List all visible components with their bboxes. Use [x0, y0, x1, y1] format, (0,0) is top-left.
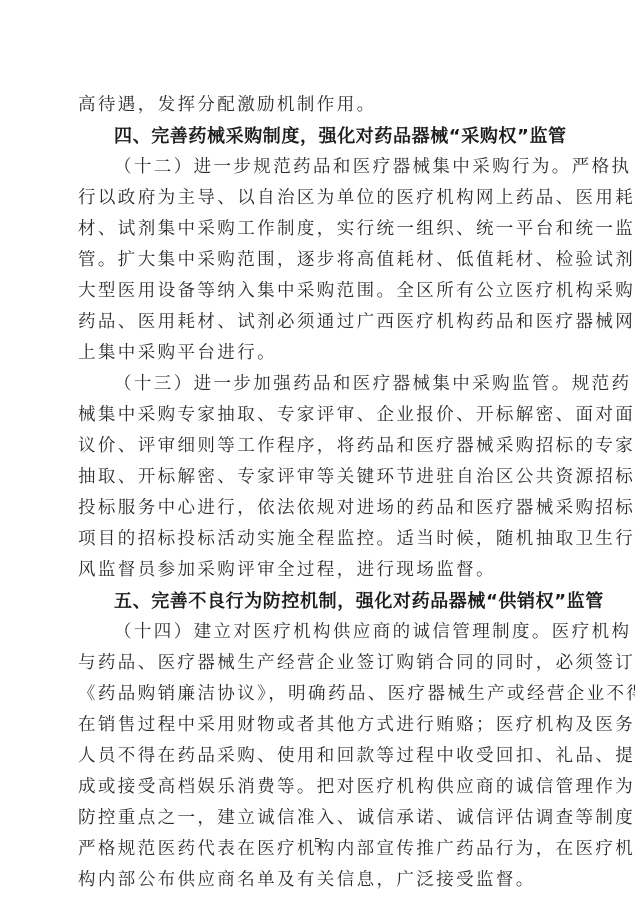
text-line: 在销售过程中采用财物或者其他方式进行贿赂；医疗机构及医务 [78, 710, 562, 741]
paragraph-14-start: （十四）建立对医疗机构供应商的诚信管理制度。医疗机构 [78, 617, 562, 648]
text-line: 高待遇，发挥分配激励机制作用。 [78, 90, 562, 121]
text-line: 构内部公布供应商名单及有关信息，广泛接受监督。 [78, 865, 562, 896]
paragraph-12-start: （十二）进一步规范药品和医疗器械集中采购行为。严格执 [78, 152, 562, 183]
text-line: 与药品、医疗器械生产经营企业签订购销合同的同时，必须签订 [78, 648, 562, 679]
section-heading-5: 五、完善不良行为防控机制，强化对药品器械“供销权”监管 [78, 586, 562, 617]
page-number: 5 [0, 836, 635, 850]
text-line: 防控重点之一，建立诚信准入、诚信承诺、诚信评估调查等制度， [78, 803, 562, 834]
text-line: 材、试剂集中采购工作制度，实行统一组织、统一平台和统一监 [78, 214, 562, 245]
text-line: 上集中采购平台进行。 [78, 338, 562, 369]
text-line: 成或接受高档娱乐消费等。把对医疗机构供应商的诚信管理作为 [78, 772, 562, 803]
text-line: 大型医用设备等纳入集中采购范围。全区所有公立医疗机构采购 [78, 276, 562, 307]
text-line: 抽取、开标解密、专家评审等关键环节进驻自治区公共资源招标 [78, 462, 562, 493]
text-line: 管。扩大集中采购范围，逐步将高值耗材、低值耗材、检验试剂、 [78, 245, 562, 276]
text-line: 械集中采购专家抽取、专家评审、企业报价、开标解密、面对面 [78, 400, 562, 431]
text-line: 项目的招标投标活动实施全程监控。适当时候，随机抽取卫生行 [78, 524, 562, 555]
text-line: 风监督员参加采购评审全过程，进行现场监督。 [78, 555, 562, 586]
text-line: 投标服务中心进行，依法依规对进场的药品和医疗器械采购招标 [78, 493, 562, 524]
section-heading-4: 四、完善药械采购制度，强化对药品器械“采购权”监管 [78, 121, 562, 152]
text-line: 行以政府为主导、以自治区为单位的医疗机构网上药品、医用耗 [78, 183, 562, 214]
document-page: 高待遇，发挥分配激励机制作用。 四、完善药械采购制度，强化对药品器械“采购权”监… [78, 90, 562, 896]
paragraph-13-start: （十三）进一步加强药品和医疗器械集中采购监管。规范药 [78, 369, 562, 400]
text-line: 议价、评审细则等工作程序，将药品和医疗器械采购招标的专家 [78, 431, 562, 462]
text-line: 《药品购销廉洁协议》，明确药品、医疗器械生产或经营企业不得 [78, 679, 562, 710]
text-line: 药品、医用耗材、试剂必须通过广西医疗机构药品和医疗器械网 [78, 307, 562, 338]
text-line: 人员不得在药品采购、使用和回款等过程中收受回扣、礼品、提 [78, 741, 562, 772]
